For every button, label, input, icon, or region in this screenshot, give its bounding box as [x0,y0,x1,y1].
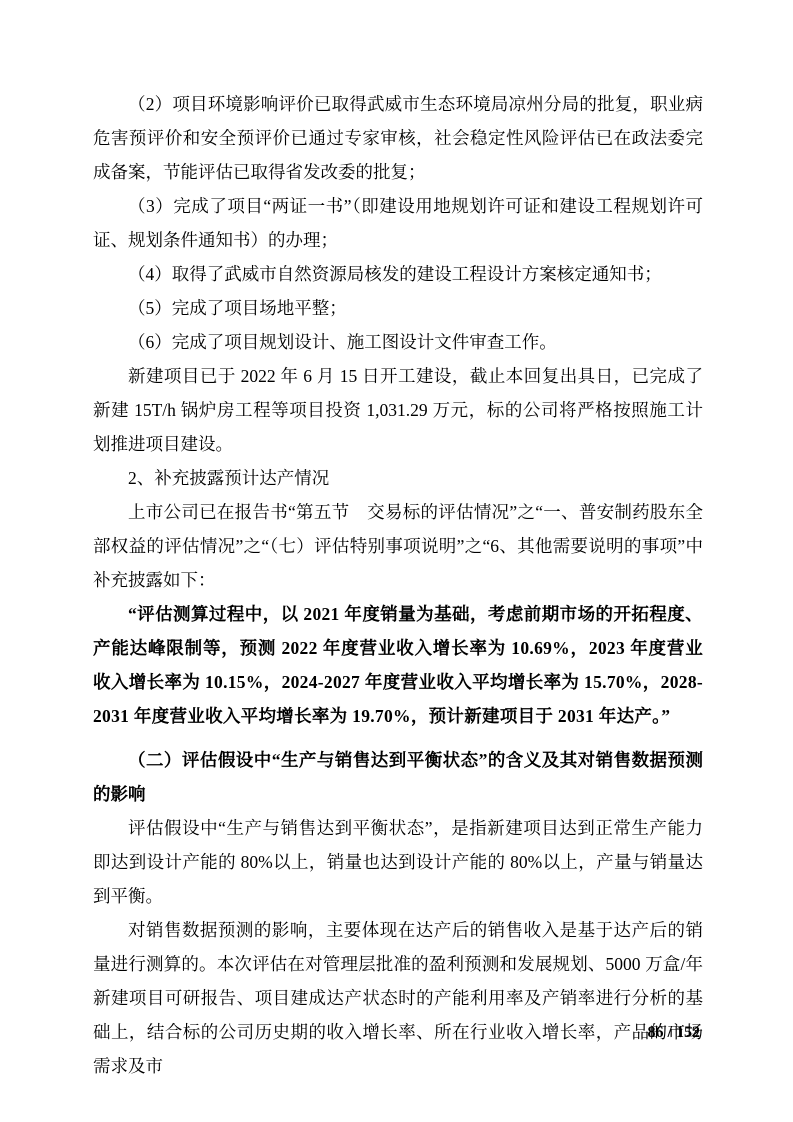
list-item-3: （3）完成了项目“两证一书”（即建设用地规划许可证和建设工程规划许可证、规划条件… [93,189,703,257]
list-item-5: （5）完成了项目场地平整； [93,291,703,325]
paragraph-disclosure-reference: 上市公司已在报告书“第五节 交易标的评估情况”之“一、普安制药股东全部权益的评估… [93,495,703,597]
paragraph-construction-progress: 新建项目已于 2022 年 6 月 15 日开工建设，截止本回复出具日，已完成了… [93,359,703,461]
quote-valuation-forecast: “评估测算过程中，以 2021 年度销量为基础，考虑前期市场的开拓程度、产能达峰… [93,597,703,733]
list-item-2: （2）项目环境影响评价已取得武威市生态环境局凉州分局的批复，职业病危害预评价和安… [93,87,703,189]
paragraph-sales-forecast-impact: 对销售数据预测的影响，主要体现在达产后的销售收入是基于达产后的销量进行测算的。本… [93,913,703,1083]
document-body: （2）项目环境影响评价已取得武威市生态环境局凉州分局的批复，职业病危害预评价和安… [93,87,703,1083]
subheading-supplementary-disclosure: 2、补充披露预计达产情况 [93,461,703,495]
paragraph-balance-definition: 评估假设中“生产与销售达到平衡状态”，是指新建项目达到正常生产能力即达到设计产能… [93,811,703,913]
document-page: （2）项目环境影响评价已取得武威市生态环境局凉州分局的批复，职业病危害预评价和安… [0,0,793,1122]
section-heading-two: （二）评估假设中“生产与销售达到平衡状态”的含义及其对销售数据预测的影响 [93,743,703,811]
list-item-6: （6）完成了项目规划设计、施工图设计文件审查工作。 [93,325,703,359]
page-number: 86 / 152 [648,1024,700,1042]
list-item-4: （4）取得了武威市自然资源局核发的建设工程设计方案核定通知书； [93,257,703,291]
